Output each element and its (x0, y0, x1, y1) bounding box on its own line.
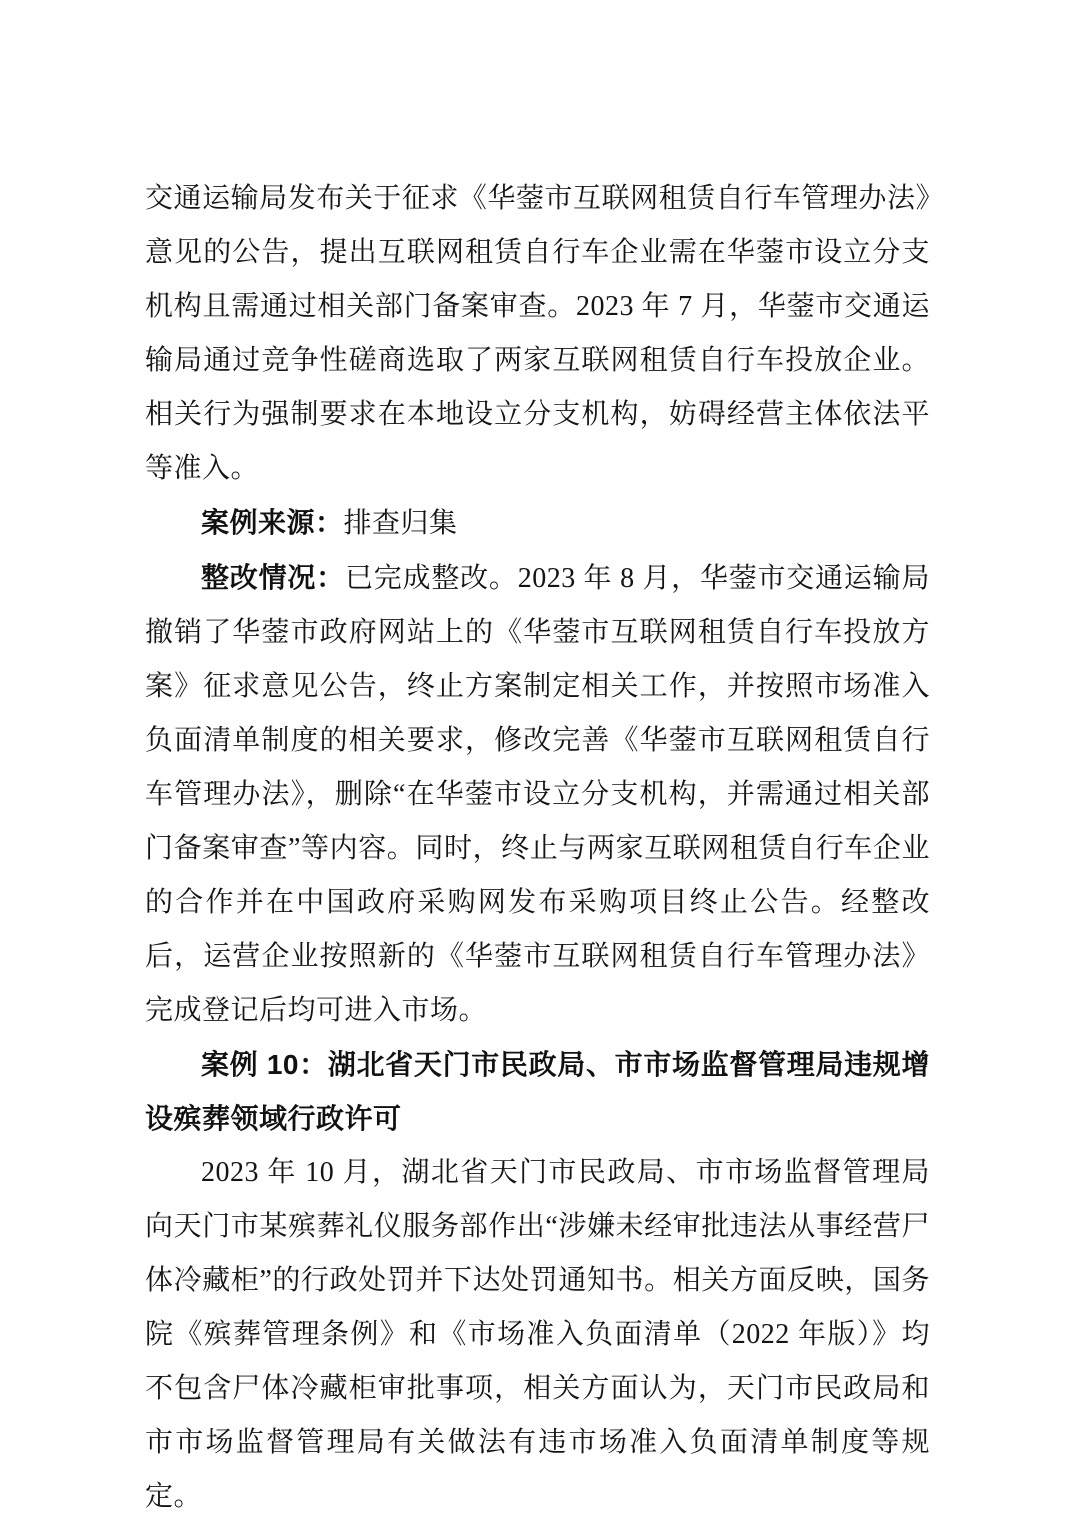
case-10-heading: 案例 10：湖北省天门市民政局、市市场监督管理局违规增设殡葬领域行政许可 (145, 1038, 930, 1146)
rectification-status-label: 整改情况： (201, 562, 345, 593)
case-source-label: 案例来源： (201, 507, 344, 538)
paragraph-case9-rectification: 整改情况：已完成整改。2023 年 8 月，华蓥市交通运输局撤销了华蓥市政府网站… (145, 551, 930, 1038)
paragraph-case9-violation: 交通运输局发布关于征求《华蓥市互联网租赁自行车管理办法》意见的公告，提出互联网租… (145, 172, 930, 496)
rectification-status-value: 已完成整改。2023 年 8 月，华蓥市交通运输局撤销了华蓥市政府网站上的《华蓥… (145, 563, 930, 1026)
paragraph-case9-source: 案例来源：排查归集 (145, 496, 930, 551)
case-source-value: 排查归集 (344, 508, 458, 539)
paragraph-case10-violation: 2023 年 10 月，湖北省天门市民政局、市市场监督管理局向天门市某殡葬礼仪服… (145, 1146, 930, 1520)
document-page: 交通运输局发布关于征求《华蓥市互联网租赁自行车管理办法》意见的公告，提出互联网租… (0, 0, 1074, 1520)
